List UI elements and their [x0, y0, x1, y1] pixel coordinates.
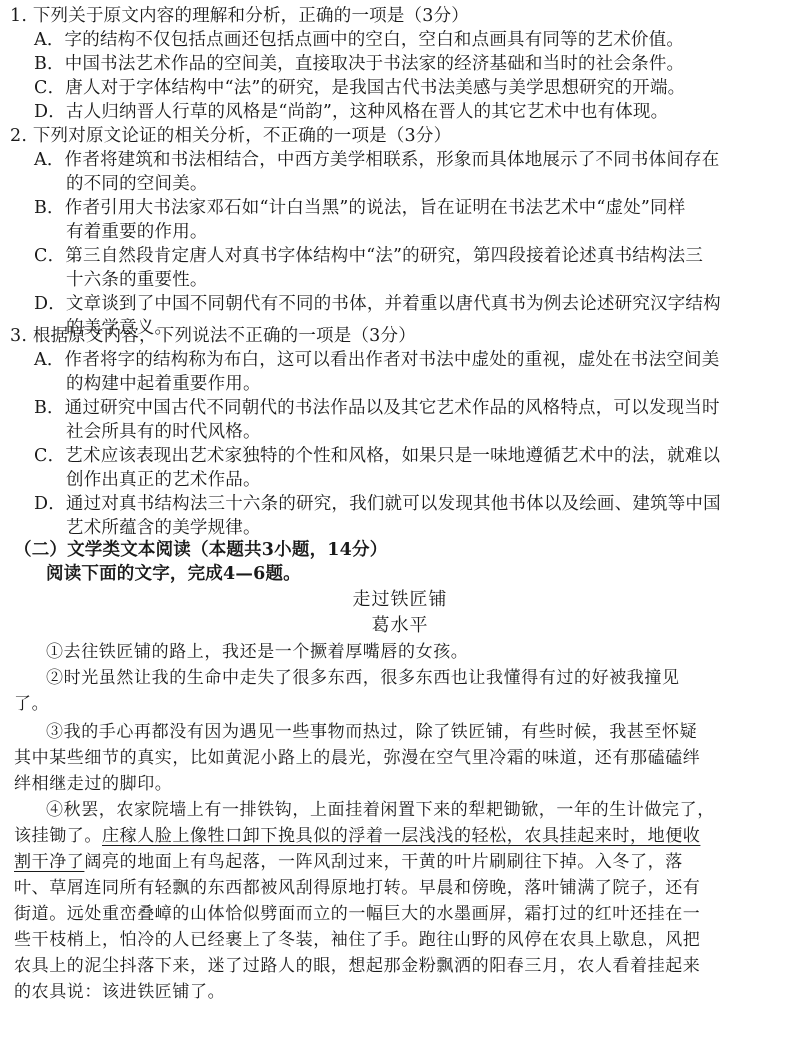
- question-1-option-a: A．字的结构不仅包括点画还包括点画中的空白，空白和点画具有同等的艺术价值。: [34, 28, 684, 52]
- question-2-option-b: B．作者引用大书法家邓石如“计白当黑”的说法，旨在证明在书法艺术中“虚处”同样: [34, 196, 685, 220]
- paragraph-3-line-3: 绊相继走过的脚印。: [14, 772, 172, 796]
- underlined-sentence: 庄稼人脸上像牲口卸下挽具似的浮着一层浅浅的轻松，农具挂起来时，地便收: [102, 826, 700, 846]
- paragraph-4-line-6: 些干枝梢上，怕冷的人已经裹上了冬装，袖住了手。跑往山野的风停在农具上歇息，风把: [14, 928, 700, 952]
- question-2-option-a-cont: 的不同的空间美。: [66, 172, 208, 196]
- paragraph-3-line-1: ③我的手心再都没有因为遇见一些事物而热过，除了铁匠铺，有些时候，我甚至怀疑: [46, 720, 697, 744]
- paragraph-4-line-7: 农具上的泥尘抖落下来，迷了过路人的眼，想起那金粉飘洒的阳春三月，农人看着挂起来: [14, 954, 700, 978]
- article-author: 葛水平: [0, 614, 800, 638]
- question-3-option-c: C．艺术应该表现出艺术家独特的个性和风格，如果只是一味地遵循艺术中的法，就难以: [34, 444, 720, 468]
- question-3-option-c-cont: 创作出真正的艺术作品。: [66, 468, 261, 492]
- question-2-option-c: C．第三自然段肯定唐人对真书字体结构中“法”的研究，第四段接着论述真书结构法三: [34, 244, 703, 268]
- paragraph-4-line-1: ④秋罢，农家院墙上有一排铁钩，上面挂着闲置下来的犁耙锄锨，一年的生计做完了，: [46, 798, 715, 822]
- section-instruction: 阅读下面的文字，完成4—6题。: [46, 562, 301, 586]
- question-3-option-d: D．通过对真书结构法三十六条的研究，我们就可以发现其他书体以及绘画、建筑等中国: [34, 492, 721, 516]
- question-2-option-a: A．作者将建筑和书法相结合，中西方美学相联系，形象而具体地展示了不同书体间存在: [34, 148, 719, 172]
- question-3-option-a: A．作者将字的结构称为布白，这可以看出作者对书法中虚处的重视，虚处在书法空间美: [34, 348, 719, 372]
- paragraph-2-line-1: ②时光虽然让我的生命中走失了很多东西，很多东西也让我懂得有过的好被我撞见: [46, 666, 680, 690]
- paragraph-4-line-8: 的农具说：该进铁匠铺了。: [14, 980, 225, 1004]
- question-1-stem: 1. 下列关于原文内容的理解和分析，正确的一项是（3分）: [10, 4, 469, 28]
- question-2-option-c-cont: 十六条的重要性。: [66, 268, 208, 292]
- article-title: 走过铁匠铺: [0, 588, 800, 612]
- exam-page: 1. 下列关于原文内容的理解和分析，正确的一项是（3分） A．字的结构不仅包括点…: [0, 0, 800, 1061]
- question-3-option-b-cont: 社会所具有的时代风格。: [66, 420, 261, 444]
- question-3-stem: 3. 根据原文内容，下列说法不正确的一项是（3分）: [10, 324, 416, 348]
- section-heading: （二）文学类文本阅读（本题共3小题，14分）: [14, 538, 387, 562]
- question-1-option-c: C．唐人对于字体结构中“法”的研究，是我国古代书法美感与美学思想研究的开端。: [34, 76, 685, 100]
- paragraph-4-line-2: 该挂锄了。庄稼人脸上像牲口卸下挽具似的浮着一层浅浅的轻松，农具挂起来时，地便收: [14, 824, 700, 848]
- paragraph-2-line-2: 了。: [14, 692, 49, 716]
- question-2-stem: 2. 下列对原文论证的相关分析，不正确的一项是（3分）: [10, 124, 451, 148]
- paragraph-4-line-3: 割干净了阔亮的地面上有鸟起落，一阵风刮过来，干黄的叶片刷刷往下掉。入冬了，落: [14, 850, 683, 874]
- paragraph-4-line-5: 街道。远处重峦叠嶂的山体恰似劈面而立的一幅巨大的水墨画屏，霜打过的红叶还挂在一: [14, 902, 700, 926]
- question-3-option-a-cont: 的构建中起着重要作用。: [66, 372, 261, 396]
- question-1-option-d: D．古人归纳晋人行草的风格是“尚韵”，这种风格在晋人的其它艺术中也有体现。: [34, 100, 668, 124]
- paragraph-4-line-4: 叶、草屑连同所有轻飘的东西都被风刮得原地打转。早晨和傍晚，落叶铺满了院子，还有: [14, 876, 700, 900]
- paragraph-4-text: 阔亮的地面上有鸟起落，一阵风刮过来，干黄的叶片刷刷往下掉。入冬了，落: [84, 852, 682, 872]
- paragraph-3-line-2: 其中某些细节的真实，比如黄泥小路上的晨光，弥漫在空气里冷霜的味道，还有那磕磕绊: [14, 746, 700, 770]
- question-3-option-b: B．通过研究中国古代不同朝代的书法作品以及其它艺术作品的风格特点，可以发现当时: [34, 396, 720, 420]
- paragraph-4-text: 该挂锄了。: [14, 826, 102, 846]
- question-2-option-d: D．文章谈到了中国不同朝代有不同的书体，并着重以唐代真书为例去论述研究汉字结构: [34, 292, 721, 316]
- question-2-option-b-cont: 有着重要的作用。: [66, 220, 208, 244]
- question-1-option-b: B．中国书法艺术作品的空间美，直接取决于书法家的经济基础和当时的社会条件。: [34, 52, 684, 76]
- paragraph-1: ①去往铁匠铺的路上，我还是一个撅着厚嘴唇的女孩。: [46, 640, 468, 664]
- underlined-sentence-cont: 割干净了: [14, 852, 84, 872]
- question-3-option-d-cont: 艺术所蕴含的美学规律。: [66, 516, 261, 540]
